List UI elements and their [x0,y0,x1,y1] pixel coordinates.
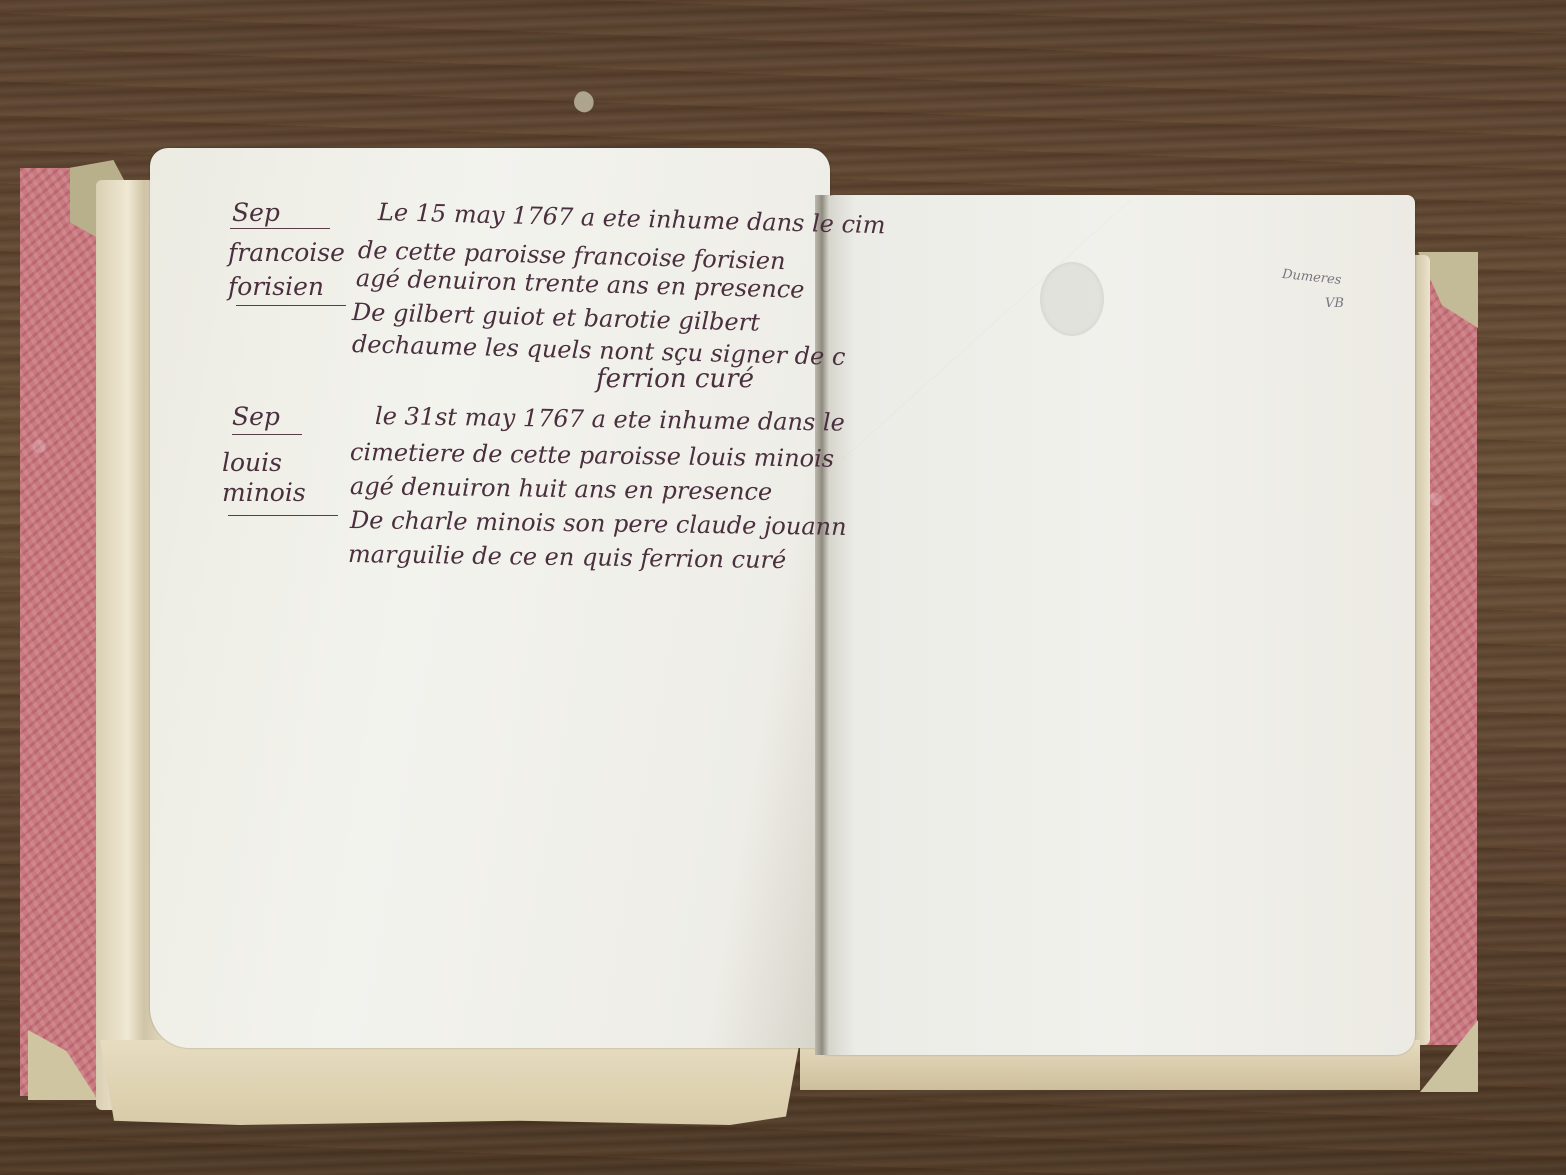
entry2-margin-rule-top [232,434,302,435]
entry1-margin-rule-top [230,228,330,229]
entry2-margin-rule-bottom [228,515,338,516]
page-block-edge-bottom [100,1040,800,1125]
entry2-margin-name-2: minois [222,476,306,510]
pencil-annotation-2: VB [1325,296,1344,311]
cover-right-marbled [1425,265,1477,1045]
entry2-margin-label: Sep [232,400,280,434]
entry1-signature: ferrion curé [596,364,754,394]
book-gutter [815,195,829,1055]
entry1-margin-rule-bottom [236,305,346,306]
entry1-margin-name-1: francoise [228,236,345,270]
embossed-stamp [1040,262,1104,336]
entry2-margin-name-1: louis [222,446,282,480]
debris-speck [570,88,597,115]
entry1-margin-label: Sep [232,196,280,230]
entry2-line-3: agé denuiron huit ans en presence [350,472,773,506]
entry1-margin-name-2: forisien [228,270,324,304]
